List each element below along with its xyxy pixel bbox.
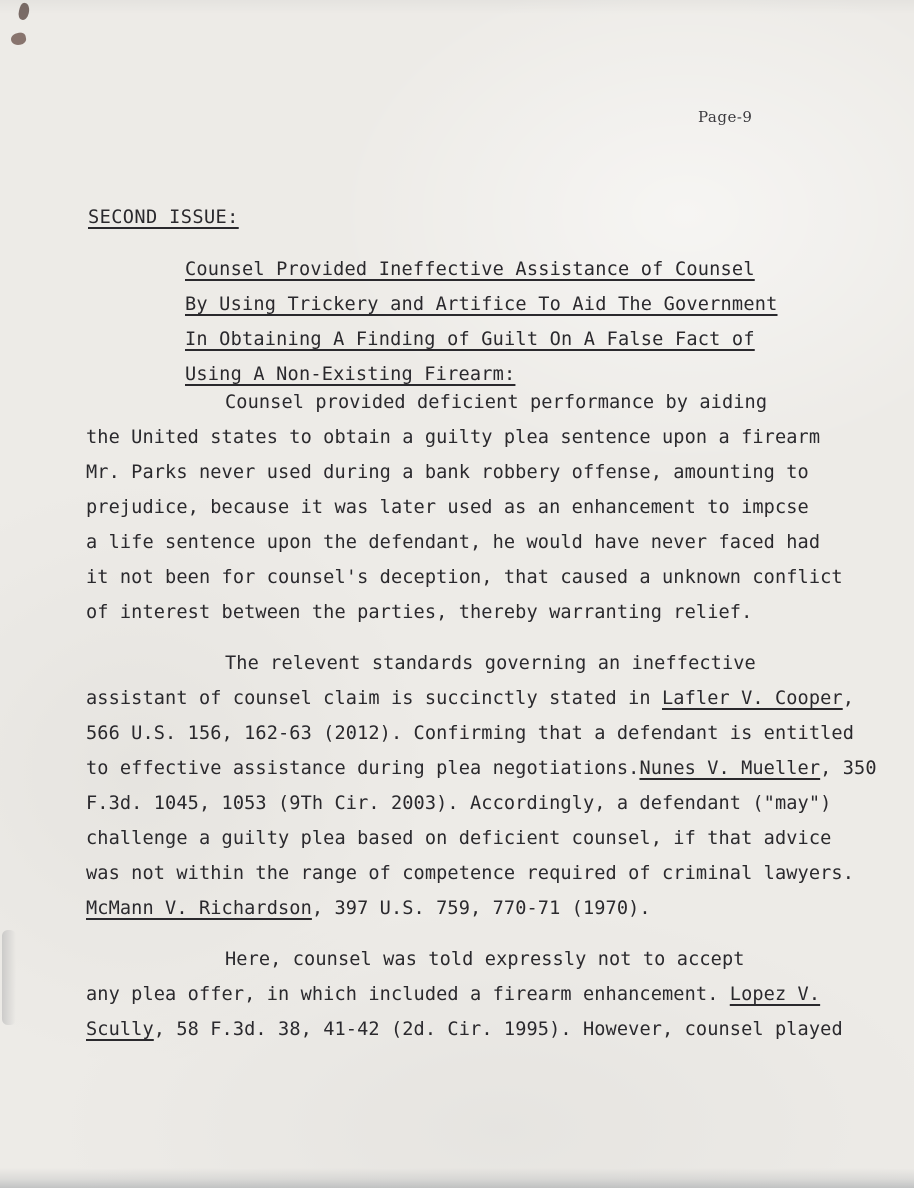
- text-segment: , 397 U.S. 759, 770-71 (1970).: [312, 898, 651, 919]
- issue-title-block: Counsel Provided Ineffective Assistance …: [185, 252, 778, 392]
- paragraph: The relevent standards governing an inef…: [86, 646, 876, 926]
- section-heading: SECOND ISSUE:: [88, 207, 239, 228]
- text-segment: F.3d. 1045, 1053 (9Th Cir. 2003). Accord…: [86, 793, 831, 814]
- text-line: prejudice, because it was later used as …: [86, 490, 876, 525]
- text-line: to effective assistance during plea nego…: [86, 751, 876, 786]
- text-segment: was not within the range of competence r…: [86, 863, 854, 884]
- text-segment: 566 U.S. 156, 162-63 (2012). Confirming …: [86, 723, 854, 744]
- text-line: McMann V. Richardson, 397 U.S. 759, 770-…: [86, 891, 876, 926]
- text-segment: Mr. Parks never used during a bank robbe…: [86, 462, 809, 483]
- ink-smudge-mark: [17, 2, 31, 21]
- issue-title-line: In Obtaining A Finding of Guilt On A Fal…: [185, 322, 778, 357]
- text-line: 566 U.S. 156, 162-63 (2012). Confirming …: [86, 716, 876, 751]
- text-line: Mr. Parks never used during a bank robbe…: [86, 455, 876, 490]
- text-segment: assistant of counsel claim is succinctly…: [86, 688, 662, 709]
- case-citation: Lopez V.: [730, 984, 820, 1005]
- issue-title-line: Counsel Provided Ineffective Assistance …: [185, 252, 778, 287]
- text-line: of interest between the parties, thereby…: [86, 595, 876, 630]
- issue-title-text: In Obtaining A Finding of Guilt On A Fal…: [185, 329, 755, 350]
- text-line: The relevent standards governing an inef…: [86, 646, 876, 681]
- text-line: any plea offer, in which included a fire…: [86, 977, 876, 1012]
- ink-smudge-mark: [10, 32, 27, 47]
- text-line: it not been for counsel's deception, tha…: [86, 560, 876, 595]
- case-citation: Scully: [86, 1019, 154, 1040]
- issue-title-line: By Using Trickery and Artifice To Aid Th…: [185, 287, 778, 322]
- text-segment: ,: [843, 688, 854, 709]
- paragraph: Counsel provided deficient performance b…: [86, 385, 876, 630]
- paragraph: Here, counsel was told expressly not to …: [86, 942, 876, 1047]
- text-segment: the United states to obtain a guilty ple…: [86, 427, 820, 448]
- text-segment: to effective assistance during plea nego…: [86, 758, 639, 779]
- text-line: Here, counsel was told expressly not to …: [86, 942, 876, 977]
- text-line: the United states to obtain a guilty ple…: [86, 420, 876, 455]
- text-line: Counsel provided deficient performance b…: [86, 385, 876, 420]
- issue-title-text: Counsel Provided Ineffective Assistance …: [185, 259, 755, 280]
- page-number-label: Page-9: [698, 108, 752, 126]
- text-segment: of interest between the parties, thereby…: [86, 602, 752, 623]
- text-line: challenge a guilty plea based on deficie…: [86, 821, 876, 856]
- text-segment: it not been for counsel's deception, tha…: [86, 567, 843, 588]
- case-citation: Nunes V. Mueller: [639, 758, 820, 779]
- text-segment: Here, counsel was told expressly not to …: [225, 949, 745, 970]
- text-segment: , 350: [820, 758, 876, 779]
- text-segment: a life sentence upon the defendant, he w…: [86, 532, 820, 553]
- issue-title-text: By Using Trickery and Artifice To Aid Th…: [185, 294, 778, 315]
- text-line: assistant of counsel claim is succinctly…: [86, 681, 876, 716]
- text-line: a life sentence upon the defendant, he w…: [86, 525, 876, 560]
- text-segment: Counsel provided deficient performance b…: [225, 392, 767, 413]
- case-citation: Lafler V. Cooper: [662, 688, 843, 709]
- text-line: Scully, 58 F.3d. 38, 41-42 (2d. Cir. 199…: [86, 1012, 876, 1047]
- text-segment: , 58 F.3d. 38, 41-42 (2d. Cir. 1995). Ho…: [154, 1019, 843, 1040]
- scan-shadow: [2, 930, 16, 1025]
- document-page: Page-9 SECOND ISSUE: Counsel Provided In…: [0, 0, 914, 1188]
- text-segment: challenge a guilty plea based on deficie…: [86, 828, 831, 849]
- case-citation: McMann V. Richardson: [86, 898, 312, 919]
- text-segment: The relevent standards governing an inef…: [225, 653, 756, 674]
- body-paragraphs: Counsel provided deficient performance b…: [86, 385, 876, 1063]
- issue-title-text: Using A Non-Existing Firearm:: [185, 364, 515, 385]
- text-segment: prejudice, because it was later used as …: [86, 497, 809, 518]
- text-line: was not within the range of competence r…: [86, 856, 876, 891]
- text-line: F.3d. 1045, 1053 (9Th Cir. 2003). Accord…: [86, 786, 876, 821]
- text-segment: any plea offer, in which included a fire…: [86, 984, 730, 1005]
